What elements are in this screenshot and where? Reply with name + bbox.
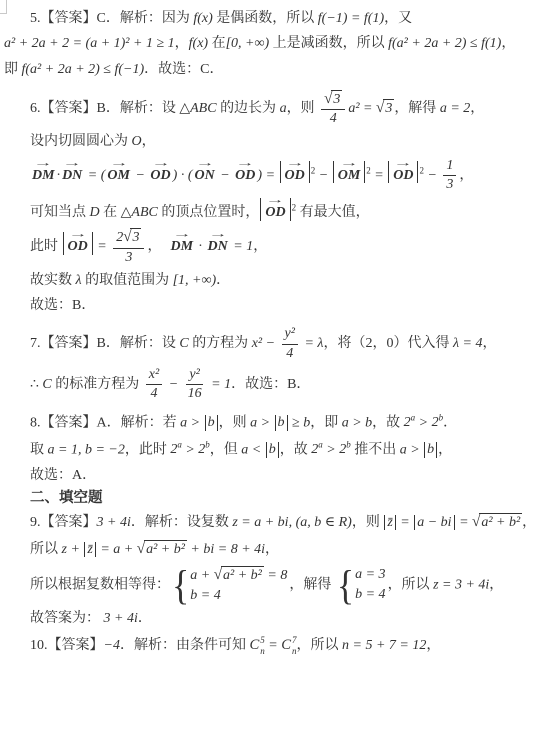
sqrt-content: 3 <box>130 228 141 247</box>
math-vector: OD <box>263 198 287 221</box>
math-text: a > <box>400 442 423 457</box>
document-line: 取 a = 1, b = −2，此时 2a > 2b，但 a < b，故 2a … <box>30 439 532 461</box>
text-run: 故答案为： <box>30 611 104 626</box>
math-vector: OD <box>283 161 307 184</box>
document-line: 即 f(a² + 2a + 2) ≤ f(−1)．故选：C． <box>4 60 532 80</box>
document-line: 故实数 λ 的取值范围为 [1, +∞)． <box>30 271 532 291</box>
math-text: z̄ <box>87 542 92 557</box>
fraction-denominator: 3 <box>122 249 135 266</box>
math-supsub: C5n <box>249 638 264 653</box>
math-vector: OD <box>66 232 90 255</box>
text-run: ， <box>489 577 503 592</box>
text-run: 故选：A． <box>30 468 96 483</box>
math-text: z = a + bi, (a, b ∈ R) <box>232 515 351 530</box>
document-line: 此时 OD = 2√33， DM · DN = 1， <box>30 228 532 266</box>
math-text: b <box>208 415 215 430</box>
math-sqrt: √3 <box>123 230 141 245</box>
math-absolute-value: OD2 <box>387 161 424 186</box>
text-run: 设内切圆圆心为 <box>30 134 132 149</box>
text-run: ，又 <box>384 11 412 26</box>
sqrt-content: a² + b² <box>144 540 187 559</box>
text-run: ，解得 <box>289 577 335 592</box>
math-text: ) = <box>257 168 278 183</box>
text-run: ， <box>459 168 473 183</box>
sqrt-content: 3 <box>383 99 394 118</box>
math-text: −4 <box>104 638 120 653</box>
abs-content: OD <box>260 198 290 221</box>
math-sqrt: √a² + b² <box>214 568 264 583</box>
document-line: DM·DN = (OM − OD) · (ON − OD) = OD2 − OM… <box>30 158 532 193</box>
math-absolute-value: z̄ <box>83 540 96 560</box>
text-run: ， <box>501 36 515 51</box>
math-text: · <box>195 239 206 254</box>
math-vector: DM <box>30 161 57 184</box>
document-line: 设内切圆圆心为 O， <box>30 132 532 152</box>
text-run: 所以根据复数相等得： <box>30 577 170 592</box>
math-vector: DN <box>206 232 230 255</box>
text-run: 在 △ <box>100 205 132 220</box>
text-run: 此时 <box>30 239 62 254</box>
document-line: 5.【答案】C．解析：因为 f(x) 是偶函数，所以 f(−1) = f(1)，… <box>30 9 532 29</box>
math-absolute-value: z̄ <box>383 513 396 533</box>
document-line: 故选：B． <box>30 296 532 316</box>
math-fraction: y²16 <box>185 367 205 402</box>
math-text: λ = 4 <box>453 336 483 351</box>
document-line: a² + 2a + 2 = (a + 1)² + 1 ≥ 1，f(x) 在[0,… <box>4 34 532 54</box>
math-sqrt: √3 <box>376 101 394 116</box>
math-text: − <box>217 168 233 183</box>
math-text: 3 <box>125 250 132 265</box>
math-fraction: x²4 <box>146 367 162 402</box>
text-run: ，故 <box>280 442 312 457</box>
page-corner-artifact <box>0 0 7 14</box>
math-fraction: 2√33 <box>113 228 144 266</box>
sqrt-content: a² + b² <box>479 513 522 532</box>
math-absolute-value: OD2 <box>279 161 316 186</box>
math-text: a + <box>190 568 213 583</box>
fraction-numerator: y² <box>186 367 202 385</box>
math-absolute-value: b <box>274 413 289 433</box>
text-run: 推不出 <box>351 442 400 457</box>
text-run: ∴ <box>30 376 42 391</box>
math-text: = <box>371 168 387 183</box>
math-text: x² − <box>252 336 279 351</box>
math-text: f(x) <box>193 11 212 26</box>
cases-rows: a + √a² + b² = 8b = 4 <box>190 566 287 605</box>
document-line: 10.【答案】−4．解析：由条件可知 C5n = C7n，所以 n = 5 + … <box>30 635 532 657</box>
answer-key-page: 5.【答案】C．解析：因为 f(x) 是偶函数，所以 f(−1) = f(1)，… <box>0 0 536 735</box>
document-line: 所以根据复数相等得：{a + √a² + b² = 8b = 4，解得 {a =… <box>30 566 532 605</box>
math-text: b <box>278 415 285 430</box>
math-text: C <box>179 336 188 351</box>
math-absolute-value: b <box>204 413 219 433</box>
math-absolute-value: OD <box>62 232 94 257</box>
math-supsub: C7n <box>281 638 296 653</box>
math-text: ≥ b <box>289 415 311 430</box>
abs-content: b <box>275 415 288 430</box>
text-run: ．故选：C． <box>144 62 223 77</box>
math-vector: DN <box>60 161 84 184</box>
math-absolute-value: OM2 <box>332 161 371 186</box>
text-run: ，故 <box>372 415 404 430</box>
math-vector: OD <box>233 161 257 184</box>
math-vector: OM <box>336 161 363 184</box>
left-brace-icon: { <box>337 568 354 603</box>
math-text: 3 <box>333 92 340 107</box>
math-text: x² <box>149 367 159 382</box>
math-text: y² <box>189 367 199 382</box>
text-run: 的标准方程为 <box>52 376 143 391</box>
document-line: 7.【答案】B．解析：设 C 的方程为 x² − y²4 = λ，将（2，0）代… <box>30 326 532 361</box>
text-run: 取 <box>30 442 48 457</box>
math-text: b = 4 <box>355 587 385 602</box>
math-power: 2b <box>198 442 210 457</box>
math-text: 1 <box>446 158 453 173</box>
text-run: 8.【答案】A．解析：若 <box>30 415 180 430</box>
math-power: 2b <box>432 415 444 430</box>
text-run: ， <box>426 638 440 653</box>
math-text: − <box>424 168 440 183</box>
math-sqrt: √3 <box>324 92 342 107</box>
text-run: ， <box>147 239 168 254</box>
cases-row: a + √a² + b² = 8 <box>190 566 287 585</box>
supsub-base: C <box>249 637 259 653</box>
fraction-denominator: 4 <box>283 345 296 362</box>
math-text: a² = <box>348 101 376 116</box>
cases-row: b = 4 <box>355 587 385 604</box>
fraction-numerator: x² <box>146 367 162 385</box>
math-text: b <box>427 442 434 457</box>
text-run: 的顶点位置时， <box>158 205 260 220</box>
text-run: ．故选：B． <box>231 376 310 391</box>
math-text: z + <box>62 542 84 557</box>
abs-content: OD <box>388 161 418 184</box>
fraction-numerator: 1 <box>443 158 456 176</box>
fraction-denominator: 3 <box>443 176 456 193</box>
document-line: ∴ C 的标准方程为 x²4 − y²16 = 1．故选：B． <box>30 367 532 402</box>
text-run: ，所以 <box>297 638 343 653</box>
math-text: C <box>42 376 51 391</box>
math-fraction: 13 <box>443 158 456 193</box>
text-run: 所以 <box>30 542 62 557</box>
abs-content: b <box>424 442 437 457</box>
document-line: 6.【答案】B．解析：设 △ABC 的边长为 a，则 √34a² = √3，解得… <box>30 90 532 128</box>
math-text: b = 4 <box>190 588 220 603</box>
text-run: 的方程为 <box>189 336 252 351</box>
text-run: ， <box>522 515 536 530</box>
text-run: 是偶函数，所以 <box>213 11 318 26</box>
math-text: f(a² + 2a + 2) ≤ f(1) <box>388 36 501 51</box>
math-text: = 8 <box>264 568 287 583</box>
math-vector: OD <box>148 161 172 184</box>
text-run: ，此时 <box>125 442 171 457</box>
text-run: 二、填空题 <box>30 490 103 506</box>
math-text: 4 <box>286 346 293 361</box>
math-text: z = 3 + 4i <box>433 577 489 592</box>
math-text: f(a² + 2a + 2) ≤ f(−1) <box>22 62 145 77</box>
text-run: 即 <box>4 62 22 77</box>
math-absolute-value: OD2 <box>259 198 296 223</box>
text-run: ， <box>470 101 484 116</box>
math-text: = a + <box>97 542 137 557</box>
math-vector: OD <box>391 161 415 184</box>
math-text: a² + b² <box>146 542 185 557</box>
math-text: a < <box>241 442 264 457</box>
abs-content: z̄ <box>84 542 95 557</box>
math-cases: {a + √a² + b² = 8b = 4 <box>172 566 287 605</box>
math-text: = <box>94 239 110 254</box>
math-text: a − bi <box>417 515 451 530</box>
math-text: 3 <box>132 230 139 245</box>
text-run: ，解得 <box>394 101 440 116</box>
math-vector: ON <box>192 161 216 184</box>
math-text: − <box>165 376 181 391</box>
math-text: f(−1) = f(1) <box>318 11 384 26</box>
math-text: ABC <box>190 101 216 116</box>
math-sqrt: √a² + b² <box>472 515 522 530</box>
answer-document: 5.【答案】C．解析：因为 f(x) 是偶函数，所以 f(−1) = f(1)，… <box>0 0 536 657</box>
math-text: a² + b² <box>223 568 262 583</box>
math-text: a = 1, b = −2 <box>48 442 125 457</box>
math-text: = 1 <box>208 376 231 391</box>
text-run: 5.【答案】C．解析：因为 <box>30 11 193 26</box>
document-line: 8.【答案】A．解析：若 a > b，则 a > b ≥ b，即 a > b，故… <box>30 412 532 434</box>
fraction-numerator: 2√3 <box>113 228 144 249</box>
text-run: ， <box>142 134 156 149</box>
math-text: ABC <box>131 205 157 220</box>
math-text: = <box>397 515 413 530</box>
math-text: = <box>456 515 472 530</box>
math-text: a = 3 <box>355 567 385 582</box>
text-run: ， <box>253 239 267 254</box>
fraction-numerator: √3 <box>321 90 345 111</box>
sqrt-content: 3 <box>331 90 342 109</box>
math-vector: DM <box>168 232 195 255</box>
math-text: > <box>415 415 431 430</box>
math-text: n = 5 + 7 = 12 <box>342 638 426 653</box>
document-line: 故答案为： 3 + 4i． <box>30 609 532 629</box>
text-run: ． <box>216 273 230 288</box>
fraction-denominator: 16 <box>185 385 205 402</box>
math-text: a² + b² <box>481 515 520 530</box>
math-text: a² + 2a + 2 = (a + 1)² + 1 ≥ 1 <box>4 36 175 51</box>
math-text: 3 <box>385 101 392 116</box>
math-vector: OM <box>105 161 132 184</box>
fraction-numerator: y² <box>282 326 298 344</box>
document-line: 9.【答案】3 + 4i．解析：设复数 z = a + bi, (a, b ∈ … <box>30 512 532 534</box>
text-run: 故实数 <box>30 273 76 288</box>
math-text: 3 + 4i <box>97 515 131 530</box>
text-run: 7.【答案】B．解析：设 <box>30 336 179 351</box>
text-run: ， <box>438 442 452 457</box>
math-sqrt: √a² + b² <box>137 542 187 557</box>
math-text: 4 <box>150 386 157 401</box>
text-run: ，所以 <box>388 577 434 592</box>
math-power: 2a <box>311 442 323 457</box>
text-run: 的边长为 <box>217 101 280 116</box>
math-text: [1, +∞) <box>173 273 217 288</box>
text-run: 的取值范围为 <box>82 273 173 288</box>
math-text: = λ <box>301 336 324 351</box>
math-text: D <box>90 205 100 220</box>
text-run: ，则 <box>287 101 319 116</box>
text-run: 有最大值， <box>296 205 370 220</box>
text-run: ， <box>175 36 189 51</box>
document-line: 二、填空题 <box>30 488 532 509</box>
text-run: ，但 <box>210 442 242 457</box>
abs-content: a − bi <box>414 515 454 530</box>
math-text: f(x) <box>189 36 208 51</box>
abs-content: OD <box>63 232 93 255</box>
text-run: 在 <box>208 36 226 51</box>
text-run: 9.【答案】 <box>30 515 97 530</box>
text-run: 可知当点 <box>30 205 90 220</box>
fraction-denominator: 4 <box>147 385 160 402</box>
math-text: + bi = 8 + 4i <box>187 542 265 557</box>
math-text: = <box>265 638 281 653</box>
text-run: ．解析：设复数 <box>131 515 233 530</box>
abs-content: b <box>205 415 218 430</box>
sqrt-content: a² + b² <box>221 566 264 585</box>
text-run: ． <box>443 415 457 430</box>
math-text: z̄ <box>387 515 392 530</box>
math-text: − <box>132 168 148 183</box>
text-run: 10.【答案】 <box>30 638 104 653</box>
math-text: a > <box>180 415 203 430</box>
math-power: 2b <box>339 442 351 457</box>
text-run: ， <box>483 336 497 351</box>
math-text: a <box>280 101 287 116</box>
text-run: 故选：B． <box>30 298 95 313</box>
math-fraction: √34 <box>321 90 345 128</box>
math-text: O <box>132 134 142 149</box>
document-line: 故选：A． <box>30 466 532 486</box>
abs-content: z̄ <box>384 515 395 530</box>
math-text: [0, +∞) <box>226 36 270 51</box>
math-text: 4 <box>330 111 337 126</box>
math-text: a = 2 <box>440 101 470 116</box>
fraction-denominator: 4 <box>327 110 340 127</box>
text-run: ．解析：由条件可知 <box>120 638 250 653</box>
text-run: ． <box>138 611 152 626</box>
math-text: = ( <box>84 168 105 183</box>
cases-row: a = 3 <box>355 567 385 584</box>
abs-content: OM <box>333 161 366 184</box>
abs-content: b <box>266 442 279 457</box>
text-run: 6.【答案】B．解析：设 △ <box>30 101 190 116</box>
math-absolute-value: b <box>423 440 438 460</box>
text-run: 上是减函数，所以 <box>269 36 388 51</box>
math-text: 3 + 4i <box>104 611 138 626</box>
math-text: − <box>315 168 331 183</box>
math-fraction: y²4 <box>282 326 298 361</box>
math-text: b <box>269 442 276 457</box>
text-run: ，即 <box>310 415 342 430</box>
math-text: y² <box>285 326 295 341</box>
math-text: 3 <box>446 177 453 192</box>
math-text: > <box>323 442 339 457</box>
math-text: ) · ( <box>173 168 193 183</box>
cases-rows: a = 3b = 4 <box>355 567 385 604</box>
abs-content: OD <box>280 161 310 184</box>
text-run: ，将（2，0）代入得 <box>323 336 453 351</box>
text-run: ， <box>265 542 279 557</box>
math-absolute-value: a − bi <box>413 513 455 533</box>
cases-row: b = 4 <box>190 588 287 605</box>
document-line: 所以 z + z̄ = a + √a² + b² + bi = 8 + 4i， <box>30 539 532 561</box>
supsub-base: C <box>281 637 291 653</box>
math-text: > <box>182 442 198 457</box>
math-text: 16 <box>188 386 202 401</box>
document-line: 可知当点 D 在 △ABC 的顶点位置时，OD2 有最大值， <box>30 198 532 223</box>
math-text: = 1 <box>230 239 253 254</box>
left-brace-icon: { <box>172 568 189 603</box>
math-cases: {a = 3b = 4 <box>337 567 386 604</box>
math-text: a > <box>250 415 273 430</box>
math-power: 2a <box>404 415 416 430</box>
math-absolute-value: b <box>265 440 280 460</box>
text-run: ，则 <box>352 515 384 530</box>
text-run: ，则 <box>219 415 251 430</box>
math-text: a > b <box>342 415 372 430</box>
math-power: 2a <box>170 442 182 457</box>
